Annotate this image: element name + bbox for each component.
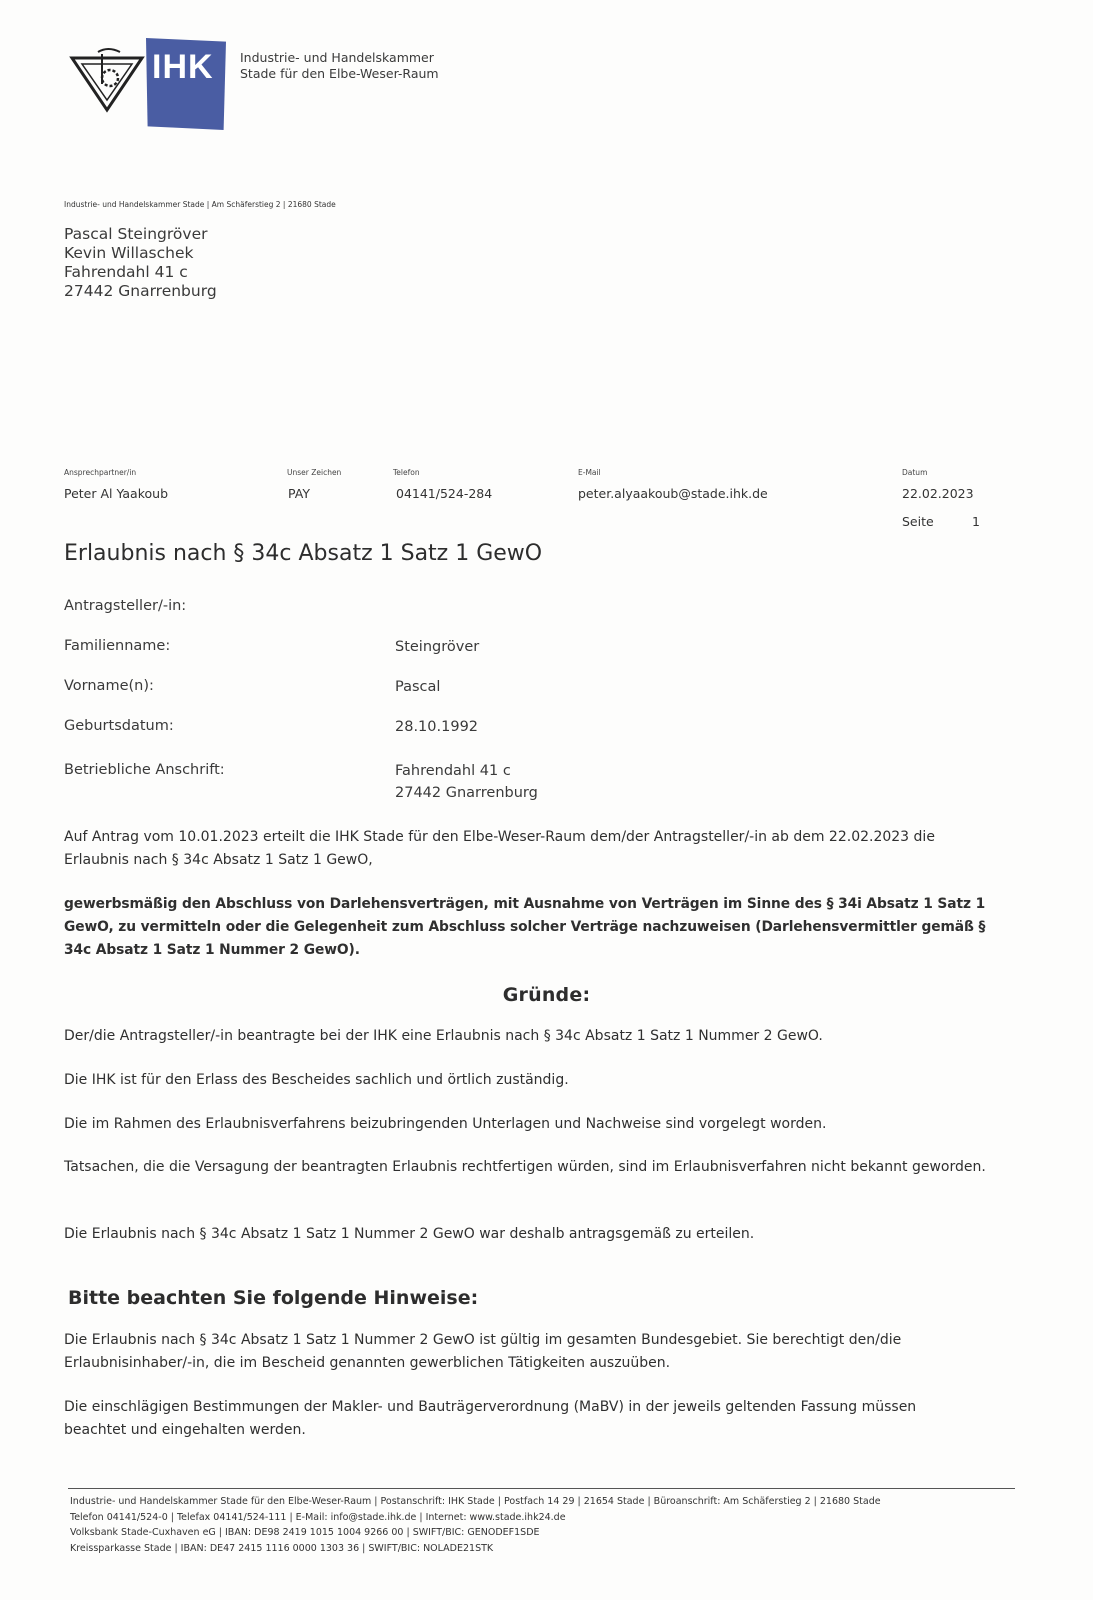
contact-value: Peter Al Yaakoub [64, 486, 168, 501]
ihk-emblem-icon [68, 44, 146, 114]
field-label-firstname: Vorname(n): [64, 678, 154, 694]
hint-paragraph: Die Erlaubnis nach § 34c Absatz 1 Satz 1… [64, 1329, 994, 1375]
field-value-firstname: Pascal [395, 676, 440, 698]
recipient-line: Kevin Willaschek [64, 244, 217, 263]
page-label: Seite [902, 514, 934, 529]
field-label-business-address: Betriebliche Anschrift: [64, 762, 225, 778]
email-value: peter.alyaakoub@stade.ihk.de [578, 486, 768, 501]
org-line-2: Stade für den Elbe-Weser-Raum [240, 66, 439, 82]
applicant-heading: Antragsteller/-in: [64, 598, 186, 614]
hint-paragraph: Die einschlägigen Bestimmungen der Makle… [64, 1396, 944, 1442]
field-label-surname: Familienname: [64, 638, 170, 654]
contact-label: Ansprechpartner/in [64, 468, 136, 477]
sender-return-address: Industrie- und Handelskammer Stade | Am … [64, 200, 336, 209]
footer-line: Kreissparkasse Stade | IBAN: DE47 2415 1… [70, 1541, 881, 1557]
footer-line: Industrie- und Handelskammer Stade für d… [70, 1494, 881, 1510]
footer: Industrie- und Handelskammer Stade für d… [70, 1494, 881, 1556]
footer-divider [68, 1488, 1015, 1489]
reasons-heading: Gründe: [0, 984, 1093, 1006]
reason-paragraph: Die IHK ist für den Erlass des Bescheide… [64, 1069, 1014, 1092]
recipient-line: Pascal Steingröver [64, 225, 217, 244]
field-value-birthdate: 28.10.1992 [395, 716, 478, 738]
recipient-line: 27442 Gnarrenburg [64, 282, 217, 301]
reason-paragraph: Die Erlaubnis nach § 34c Absatz 1 Satz 1… [64, 1223, 1014, 1246]
recipient-address: Pascal Steingröver Kevin Willaschek Fahr… [64, 225, 217, 301]
address-street: Fahrendahl 41 c [395, 760, 538, 782]
scope-paragraph: gewerbsmäßig den Abschluss von Darlehens… [64, 893, 994, 962]
logo-mark: IHK [152, 48, 214, 87]
address-city: 27442 Gnarrenburg [395, 782, 538, 804]
reference-value: PAY [288, 486, 310, 501]
field-value-business-address: Fahrendahl 41 c 27442 Gnarrenburg [395, 760, 538, 804]
date-label: Datum [902, 468, 927, 477]
phone-label: Telefon [393, 468, 420, 477]
grant-paragraph: Auf Antrag vom 10.01.2023 erteilt die IH… [64, 826, 944, 872]
hints-heading: Bitte beachten Sie folgende Hinweise: [68, 1287, 478, 1309]
reason-paragraph: Die im Rahmen des Erlaubnisverfahrens be… [64, 1113, 1014, 1136]
page-title: Erlaubnis nach § 34c Absatz 1 Satz 1 Gew… [64, 541, 542, 566]
email-label: E-Mail [578, 468, 601, 477]
org-line-1: Industrie- und Handelskammer [240, 50, 439, 66]
recipient-line: Fahrendahl 41 c [64, 263, 217, 282]
field-value-surname: Steingröver [395, 636, 479, 658]
phone-value: 04141/524-284 [396, 486, 492, 501]
field-label-birthdate: Geburtsdatum: [64, 718, 174, 734]
organization-name: Industrie- und Handelskammer Stade für d… [240, 50, 439, 82]
footer-line: Volksbank Stade-Cuxhaven eG | IBAN: DE98… [70, 1525, 881, 1541]
footer-line: Telefon 04141/524-0 | Telefax 04141/524-… [70, 1510, 881, 1526]
reason-paragraph: Tatsachen, die die Versagung der beantra… [64, 1156, 994, 1179]
ihk-logo: IHK [146, 38, 226, 130]
reason-paragraph: Der/die Antragsteller/-in beantragte bei… [64, 1025, 1014, 1048]
page-number: 1 [972, 514, 980, 529]
reference-label: Unser Zeichen [287, 468, 341, 477]
date-value: 22.02.2023 [902, 486, 974, 501]
